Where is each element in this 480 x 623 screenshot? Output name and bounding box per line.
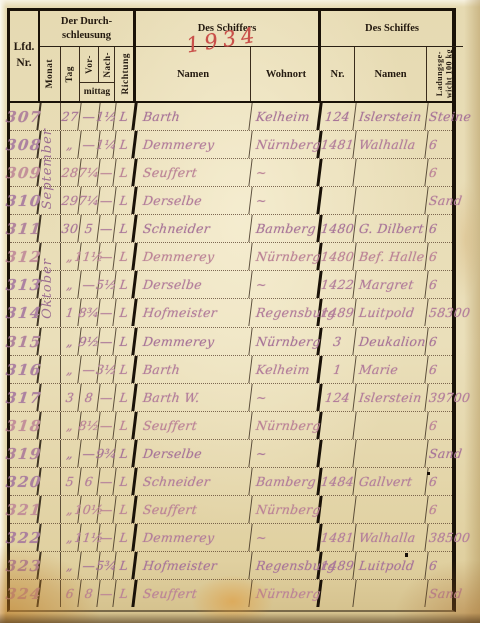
row-cell-schiff_name: [353, 580, 428, 607]
row-cell-schiff_name: [353, 187, 428, 214]
row-cell-schiff_nr: 1481: [319, 131, 356, 158]
row-cell-ladung: Sand: [425, 580, 460, 607]
row-cell-schiff_nr: 124: [319, 384, 356, 411]
row-cell-schiff_name: Bef. Halle: [353, 243, 428, 270]
row-cell-ladung: 6: [425, 328, 460, 355]
row-cell-ladung: 39700: [425, 384, 460, 411]
row-cell-schiff_name: Walhalla: [353, 524, 428, 551]
table-row: 310297¼—LDerselbe~Sand: [10, 187, 452, 215]
row-cell-no: 309: [8, 159, 41, 186]
column-group-schiff: Des Schiffes Nr. Namen Ladungsge- wicht …: [321, 11, 463, 101]
column-header-vormittag-nachmittag: Vor- Nach- mittag: [80, 47, 115, 101]
row-cell-schiffer: Demmerey: [134, 328, 252, 355]
column-header-tag: Tag: [61, 47, 80, 101]
group-title-durchschleusung: Der Durch- schleusung: [40, 11, 133, 47]
table-row: 32468—LSeuffertNürnbergSand: [10, 580, 452, 607]
table-row: 31418¾—LHofmeisterRegensburg1489Luitpold…: [10, 299, 452, 327]
row-cell-monat: [40, 299, 61, 326]
table-header: Lfd. Nr. Der Durch- schleusung Monat Tag…: [10, 11, 452, 103]
row-cell-monat: [40, 412, 61, 439]
row-cell-schiff_nr: 1422: [319, 271, 356, 298]
row-cell-schiff_nr: [319, 580, 356, 607]
row-cell-monat: [40, 328, 61, 355]
row-cell-monat: [40, 356, 61, 383]
table-row: 311305—LSchneiderBamberg1480G. Dilbert6: [10, 215, 452, 243]
row-cell-wohnort: ~: [249, 187, 322, 214]
column-group-durchschleusung: Der Durch- schleusung Monat Tag Vor- Nac…: [40, 11, 136, 101]
row-cell-schiffer: Barth: [134, 356, 252, 383]
row-cell-ladung: 58300: [425, 299, 460, 326]
row-cell-monat: [40, 440, 61, 467]
row-cell-ladung: 6: [425, 552, 460, 579]
row-cell-schiffer: Seuffert: [134, 496, 252, 523]
row-cell-wohnort: Kelheim: [249, 356, 322, 383]
row-cell-wohnort: Nürnberg: [249, 243, 322, 270]
row-cell-no: 320: [8, 468, 41, 495]
row-cell-schiff_name: Deukalion: [353, 328, 428, 355]
ladung-label-line2: wicht 100 kg: [445, 49, 454, 98]
column-header-schiff-namen: Namen: [355, 47, 427, 101]
row-cell-schiff_nr: 1481: [319, 524, 356, 551]
row-cell-wohnort: Regensburg: [249, 552, 322, 579]
row-cell-wohnort: Kelheim: [249, 103, 322, 130]
column-header-nach: Nach-: [99, 47, 115, 82]
row-cell-no: 311: [8, 215, 41, 242]
row-cell-schiffer: Seuffert: [134, 412, 252, 439]
row-cell-schiff_nr: 124: [319, 103, 356, 130]
row-cell-ladung: Steine: [425, 103, 460, 130]
row-cell-no: 316: [8, 356, 41, 383]
row-cell-no: 317: [8, 384, 41, 411]
row-cell-schiff_nr: [319, 412, 356, 439]
row-cell-schiffer: Schneider: [134, 215, 252, 242]
table-row: 315„9½—LDemmereyNürnberg3Deukalion6: [10, 328, 452, 356]
row-cell-wohnort: ~: [249, 440, 322, 467]
row-cell-ladung: 6: [425, 159, 460, 186]
row-cell-no: 310: [8, 187, 41, 214]
row-cell-schiff_name: Luitpold: [353, 552, 428, 579]
durchschleusung-line1: Der Durch-: [61, 15, 112, 28]
row-cell-schiff_nr: 1489: [319, 552, 356, 579]
row-cell-schiff_nr: 1484: [319, 468, 356, 495]
row-cell-schiffer: Hofmeister: [134, 299, 252, 326]
row-cell-schiff_name: [353, 496, 428, 523]
column-header-monat: Monat: [40, 47, 61, 101]
row-cell-no: 307: [8, 103, 41, 130]
row-cell-no: 321: [8, 496, 41, 523]
row-cell-schiff_nr: [319, 496, 356, 523]
row-cell-schiffer: Schneider: [134, 468, 252, 495]
row-cell-schiff_nr: [319, 159, 356, 186]
row-cell-no: 314: [8, 299, 41, 326]
column-group-schiffer: Des Schiffers Namen Wohnort: [136, 11, 321, 101]
table-row: 313„—5½LDerselbe~1422Margret6: [10, 271, 452, 299]
table-rows: 30727—1½LBarthKelheim124IslersteinSteine…: [10, 103, 452, 607]
table-row: 30727—1½LBarthKelheim124IslersteinSteine: [10, 103, 452, 131]
lfd-label-line1: Lfd.: [14, 40, 35, 56]
column-header-lfd-nr: Lfd. Nr.: [10, 11, 40, 101]
row-cell-monat: [40, 384, 61, 411]
ladung-label-line1: Ladungsge-: [435, 52, 444, 97]
table-row: 32056—LSchneiderBamberg1484Gallvert6: [10, 468, 452, 496]
row-cell-no: 318: [8, 412, 41, 439]
ledger-table: Lfd. Nr. Der Durch- schleusung Monat Tag…: [7, 8, 456, 612]
row-cell-schiff_name: Islerstein: [353, 384, 428, 411]
row-cell-ladung: 6: [425, 468, 460, 495]
table-row: 31738—LBarth W.~124Islerstein39700: [10, 384, 452, 412]
row-cell-schiffer: Hofmeister: [134, 552, 252, 579]
row-cell-ladung: 38500: [425, 524, 460, 551]
row-cell-wohnort: ~: [249, 384, 322, 411]
row-cell-schiff_nr: [319, 187, 356, 214]
row-cell-monat: [40, 243, 61, 270]
table-row: 321„10½—LSeuffertNürnberg6: [10, 496, 452, 524]
column-header-richtung: Richtung: [115, 47, 136, 101]
row-cell-schiffer: Demmerey: [134, 524, 252, 551]
row-cell-monat: [40, 215, 61, 242]
row-cell-schiff_nr: 3: [319, 328, 356, 355]
row-cell-schiff_name: Walhalla: [353, 131, 428, 158]
table-row: 322„11½—LDemmerey~1481Walhalla38500: [10, 524, 452, 552]
row-cell-ladung: Sand: [425, 440, 460, 467]
row-cell-ladung: 6: [425, 131, 460, 158]
table-row: 318„8½—LSeuffertNürnberg6: [10, 412, 452, 440]
row-cell-wohnort: Bamberg: [249, 215, 322, 242]
row-cell-wohnort: Nürnberg: [249, 496, 322, 523]
table-row: 309287¼—LSeuffert~6: [10, 159, 452, 187]
column-header-ladungsgewicht: Ladungsge- wicht 100 kg: [427, 47, 463, 101]
row-cell-wohnort: Nürnberg: [249, 580, 322, 607]
row-cell-wohnort: Nürnberg: [249, 131, 322, 158]
row-cell-monat: [40, 468, 61, 495]
row-cell-wohnort: Nürnberg: [249, 328, 322, 355]
row-cell-schiff_name: Margret: [353, 271, 428, 298]
row-cell-no: 308: [8, 131, 41, 158]
row-cell-schiff_name: Marie: [353, 356, 428, 383]
group-title-schiffer: Des Schiffers: [136, 11, 318, 47]
row-cell-ladung: 6: [425, 215, 460, 242]
row-cell-schiffer: Seuffert: [134, 159, 252, 186]
row-cell-wohnort: Regensburg: [249, 299, 322, 326]
row-cell-schiffer: Derselbe: [134, 187, 252, 214]
row-cell-monat: [40, 496, 61, 523]
group-title-schiff: Des Schiffes: [321, 11, 463, 47]
subheaders-durchschleusung: Monat Tag Vor- Nach- mittag Richtung: [40, 47, 133, 101]
row-cell-schiffer: Demmerey: [134, 131, 252, 158]
table-row: 319„—9¾LDerselbe~Sand: [10, 440, 452, 468]
row-cell-ladung: 6: [425, 243, 460, 270]
subheaders-schiffer: Namen Wohnort: [136, 47, 318, 101]
row-cell-ladung: 6: [425, 496, 460, 523]
row-cell-ladung: 6: [425, 271, 460, 298]
row-cell-wohnort: Nürnberg: [249, 412, 322, 439]
lfd-label-line2: Nr.: [16, 56, 31, 72]
row-cell-wohnort: ~: [249, 159, 322, 186]
row-cell-schiffer: Seuffert: [134, 580, 252, 607]
row-cell-schiff_name: Islerstein: [353, 103, 428, 130]
row-cell-schiffer: Derselbe: [134, 271, 252, 298]
row-cell-no: 319: [8, 440, 41, 467]
row-cell-wohnort: ~: [249, 271, 322, 298]
subheaders-schiff: Nr. Namen Ladungsge- wicht 100 kg: [321, 47, 463, 101]
row-cell-monat: [40, 271, 61, 298]
row-cell-schiff_name: G. Dilbert: [353, 215, 428, 242]
column-header-vor: Vor-: [80, 47, 99, 82]
row-cell-no: 322: [8, 524, 41, 551]
row-cell-no: 323: [8, 552, 41, 579]
column-header-schiffer-namen: Namen: [136, 47, 251, 101]
table-row: 323„—5¾LHofmeisterRegensburg1489Luitpold…: [10, 552, 452, 580]
row-cell-ladung: 6: [425, 356, 460, 383]
row-cell-ladung: Sand: [425, 187, 460, 214]
row-cell-monat: [40, 524, 61, 551]
row-cell-no: 312: [8, 243, 41, 270]
paper-edge-top: [0, 0, 480, 7]
table-row: 312„11½—LDemmereyNürnberg1480Bef. Halle6: [10, 243, 452, 271]
row-cell-schiff_nr: [319, 440, 356, 467]
row-cell-schiffer: Derselbe: [134, 440, 252, 467]
durchschleusung-line2: schleusung: [62, 29, 111, 42]
row-cell-no: 315: [8, 328, 41, 355]
row-cell-schiff_nr: 1480: [319, 243, 356, 270]
row-cell-schiff_name: [353, 412, 428, 439]
column-header-schiff-nr: Nr.: [321, 47, 355, 101]
row-cell-schiff_name: [353, 159, 428, 186]
table-row: 308„—1¼LDemmereyNürnberg1481Walhalla6: [10, 131, 452, 159]
row-cell-schiff_name: Luitpold: [353, 299, 428, 326]
paper-edge-bottom: [0, 613, 480, 623]
row-cell-schiffer: Barth W.: [134, 384, 252, 411]
row-cell-schiffer: Demmerey: [134, 243, 252, 270]
scanned-ledger-page: { "page": { "year_annotation": "1934", "…: [0, 0, 480, 623]
row-cell-wohnort: ~: [249, 524, 322, 551]
ink-speck: [427, 472, 430, 475]
row-cell-schiff_name: [353, 440, 428, 467]
row-cell-schiff_name: Gallvert: [353, 468, 428, 495]
row-cell-wohnort: Bamberg: [249, 468, 322, 495]
table-row: 316„—3½LBarthKelheim1Marie6: [10, 356, 452, 384]
row-cell-schiff_nr: 1480: [319, 215, 356, 242]
row-cell-no: 313: [8, 271, 41, 298]
column-header-wohnort: Wohnort: [251, 47, 321, 101]
row-cell-schiffer: Barth: [134, 103, 252, 130]
column-header-mittag: mittag: [80, 82, 114, 101]
row-cell-ladung: 6: [425, 412, 460, 439]
row-cell-schiff_nr: 1: [319, 356, 356, 383]
row-cell-schiff_nr: 1489: [319, 299, 356, 326]
ink-speck: [405, 553, 408, 557]
row-cell-no: 324: [8, 580, 41, 607]
